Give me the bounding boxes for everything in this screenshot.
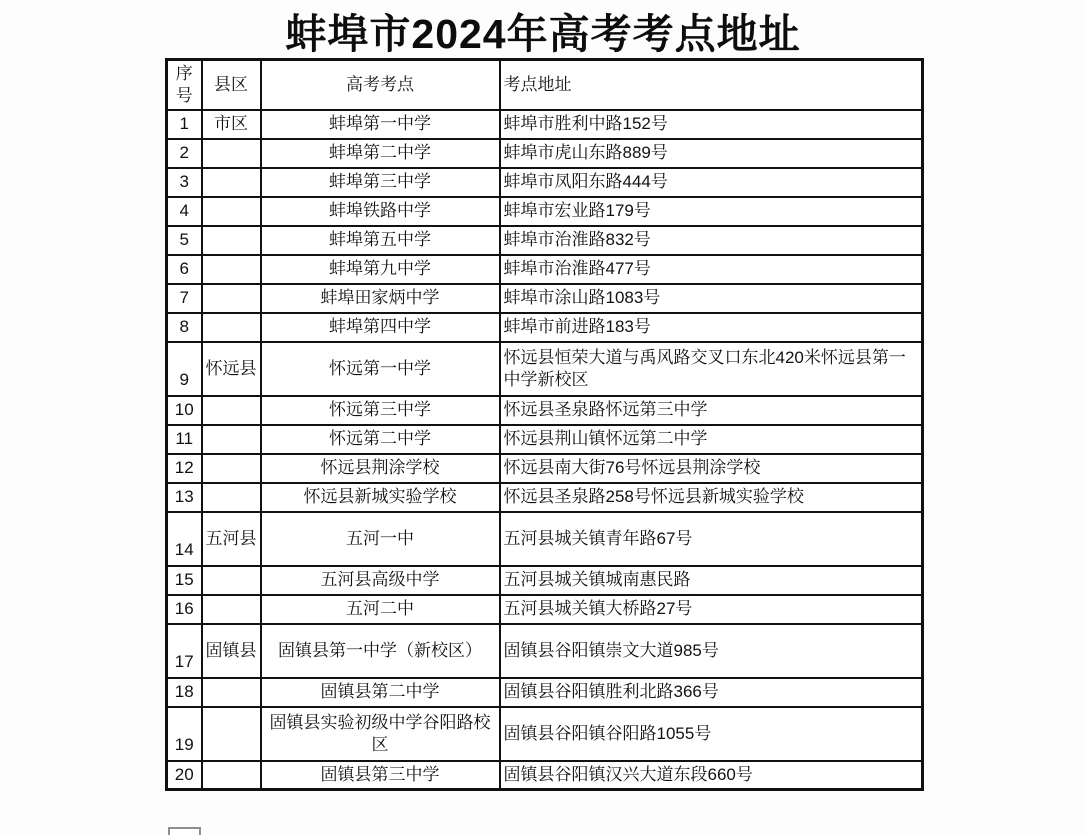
col-header-school: 高考考点 (261, 60, 500, 110)
cell-seq: 7 (167, 284, 202, 313)
cell-address: 蚌埠市治淮路477号 (500, 255, 923, 284)
cell-county: 五河县 (202, 512, 261, 566)
cell-address: 怀远县荆山镇怀远第二中学 (500, 425, 923, 454)
table-row: 19固镇县实验初级中学谷阳路校区固镇县谷阳镇谷阳路1055号 (167, 707, 923, 761)
cell-county (202, 761, 261, 790)
cell-seq: 18 (167, 678, 202, 707)
table-row: 13怀远县新城实验学校怀远县圣泉路258号怀远县新城实验学校 (167, 483, 923, 512)
cell-county (202, 454, 261, 483)
cell-school: 怀远第一中学 (261, 342, 500, 396)
table-row: 15五河县高级中学五河县城关镇城南惠民路 (167, 566, 923, 595)
cell-county (202, 483, 261, 512)
cell-seq: 20 (167, 761, 202, 790)
table-row: 2蚌埠第二中学蚌埠市虎山东路889号 (167, 139, 923, 168)
table-row: 7蚌埠田家炳中学蚌埠市涂山路1083号 (167, 284, 923, 313)
cell-address: 五河县城关镇城南惠民路 (500, 566, 923, 595)
table-row: 17固镇县固镇县第一中学（新校区）固镇县谷阳镇崇文大道985号 (167, 624, 923, 678)
cell-county: 固镇县 (202, 624, 261, 678)
cell-school: 怀远第二中学 (261, 425, 500, 454)
cell-address: 蚌埠市涂山路1083号 (500, 284, 923, 313)
table-row: 16五河二中五河县城关镇大桥路27号 (167, 595, 923, 624)
table-row: 5蚌埠第五中学蚌埠市治淮路832号 (167, 226, 923, 255)
cell-school: 蚌埠田家炳中学 (261, 284, 500, 313)
partial-checkbox[interactable] (168, 827, 201, 835)
cell-address: 蚌埠市虎山东路889号 (500, 139, 923, 168)
cell-seq: 2 (167, 139, 202, 168)
cell-address: 怀远县圣泉路怀远第三中学 (500, 396, 923, 425)
cell-address: 固镇县谷阳镇谷阳路1055号 (500, 707, 923, 761)
table-row: 6蚌埠第九中学蚌埠市治淮路477号 (167, 255, 923, 284)
table-row: 10怀远第三中学怀远县圣泉路怀远第三中学 (167, 396, 923, 425)
cell-seq: 11 (167, 425, 202, 454)
table-row: 14五河县五河一中五河县城关镇青年路67号 (167, 512, 923, 566)
page-title: 蚌埠市2024年高考考点地址 (0, 1, 1086, 60)
col-header-seq: 序号 (167, 60, 202, 110)
cell-school: 蚌埠第三中学 (261, 168, 500, 197)
cell-address: 蚌埠市胜利中路152号 (500, 110, 923, 139)
cell-school: 蚌埠第九中学 (261, 255, 500, 284)
cell-county (202, 168, 261, 197)
cell-school: 五河一中 (261, 512, 500, 566)
table-row: 11怀远第二中学怀远县荆山镇怀远第二中学 (167, 425, 923, 454)
cell-school: 五河县高级中学 (261, 566, 500, 595)
cell-address: 蚌埠市前进路183号 (500, 313, 923, 342)
cell-seq: 15 (167, 566, 202, 595)
cell-county (202, 595, 261, 624)
cell-school: 固镇县第一中学（新校区） (261, 624, 500, 678)
cell-school: 蚌埠铁路中学 (261, 197, 500, 226)
cell-school: 蚌埠第一中学 (261, 110, 500, 139)
cell-county (202, 396, 261, 425)
cell-county (202, 139, 261, 168)
cell-school: 五河二中 (261, 595, 500, 624)
cell-seq: 16 (167, 595, 202, 624)
cell-county (202, 707, 261, 761)
cell-address: 固镇县谷阳镇胜利北路366号 (500, 678, 923, 707)
table-row: 1市区蚌埠第一中学蚌埠市胜利中路152号 (167, 110, 923, 139)
cell-address: 怀远县圣泉路258号怀远县新城实验学校 (500, 483, 923, 512)
cell-county (202, 226, 261, 255)
cell-school: 固镇县第三中学 (261, 761, 500, 790)
cell-county (202, 313, 261, 342)
cell-seq: 9 (167, 342, 202, 396)
cell-county (202, 284, 261, 313)
table-row: 18固镇县第二中学固镇县谷阳镇胜利北路366号 (167, 678, 923, 707)
cell-county (202, 425, 261, 454)
cell-seq: 4 (167, 197, 202, 226)
table-row: 4蚌埠铁路中学蚌埠市宏业路179号 (167, 197, 923, 226)
table-row: 20固镇县第三中学固镇县谷阳镇汉兴大道东段660号 (167, 761, 923, 790)
cell-address: 怀远县南大街76号怀远县荆涂学校 (500, 454, 923, 483)
cell-address: 固镇县谷阳镇汉兴大道东段660号 (500, 761, 923, 790)
cell-seq: 17 (167, 624, 202, 678)
cell-seq: 13 (167, 483, 202, 512)
cell-county (202, 255, 261, 284)
cell-school: 固镇县实验初级中学谷阳路校区 (261, 707, 500, 761)
col-header-address: 考点地址 (500, 60, 923, 110)
cell-seq: 12 (167, 454, 202, 483)
cell-school: 怀远县荆涂学校 (261, 454, 500, 483)
cell-address: 五河县城关镇大桥路27号 (500, 595, 923, 624)
cell-seq: 10 (167, 396, 202, 425)
table-row: 12怀远县荆涂学校怀远县南大街76号怀远县荆涂学校 (167, 454, 923, 483)
table-row: 9怀远县怀远第一中学怀远县恒荣大道与禹风路交叉口东北420米怀远县第一中学新校区 (167, 342, 923, 396)
cell-address: 五河县城关镇青年路67号 (500, 512, 923, 566)
cell-address: 怀远县恒荣大道与禹风路交叉口东北420米怀远县第一中学新校区 (500, 342, 923, 396)
cell-seq: 6 (167, 255, 202, 284)
cell-address: 蚌埠市治淮路832号 (500, 226, 923, 255)
cell-seq: 8 (167, 313, 202, 342)
cell-school: 蚌埠第四中学 (261, 313, 500, 342)
cell-seq: 5 (167, 226, 202, 255)
table-row: 8蚌埠第四中学蚌埠市前进路183号 (167, 313, 923, 342)
cell-address: 固镇县谷阳镇崇文大道985号 (500, 624, 923, 678)
col-header-county: 县区 (202, 60, 261, 110)
cell-address: 蚌埠市凤阳东路444号 (500, 168, 923, 197)
cell-county (202, 197, 261, 226)
cell-address: 蚌埠市宏业路179号 (500, 197, 923, 226)
cell-school: 怀远第三中学 (261, 396, 500, 425)
cell-school: 蚌埠第五中学 (261, 226, 500, 255)
cell-school: 固镇县第二中学 (261, 678, 500, 707)
cell-county (202, 678, 261, 707)
cell-seq: 1 (167, 110, 202, 139)
cell-seq: 3 (167, 168, 202, 197)
table-row: 3蚌埠第三中学蚌埠市凤阳东路444号 (167, 168, 923, 197)
cell-county (202, 566, 261, 595)
table-header: 序号 县区 高考考点 考点地址 (167, 60, 923, 110)
cell-county: 怀远县 (202, 342, 261, 396)
cell-county: 市区 (202, 110, 261, 139)
cell-school: 怀远县新城实验学校 (261, 483, 500, 512)
table-body: 1市区蚌埠第一中学蚌埠市胜利中路152号2蚌埠第二中学蚌埠市虎山东路889号3蚌… (167, 110, 923, 790)
exam-sites-table: 序号 县区 高考考点 考点地址 1市区蚌埠第一中学蚌埠市胜利中路152号2蚌埠第… (165, 58, 924, 791)
cell-seq: 14 (167, 512, 202, 566)
header-row: 序号 县区 高考考点 考点地址 (167, 60, 923, 110)
cell-school: 蚌埠第二中学 (261, 139, 500, 168)
cell-seq: 19 (167, 707, 202, 761)
